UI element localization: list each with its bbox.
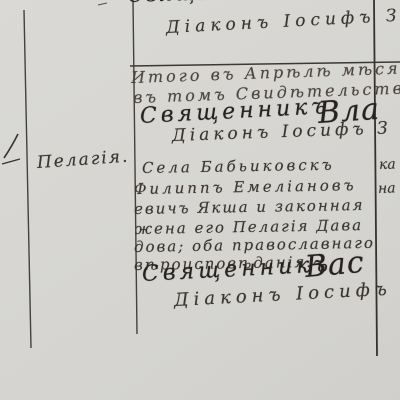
margin-flourish-underline [2, 159, 20, 164]
handwritten-line-deacon-top: Діаконъ Іосифъ Зу [165, 5, 400, 38]
vertical-rule-left [24, 10, 31, 348]
overflow-fragment-2: на [378, 180, 396, 197]
handwritten-line-clipped-signature: Священникъ В [128, 0, 314, 7]
record-text-line: евичъ Якша и законная [134, 196, 365, 218]
overflow-fragment-1: ка [379, 156, 396, 173]
vertical-rule-middle [133, 0, 137, 334]
priest-signature-record-flourish: Вас [303, 245, 366, 285]
record-text-line: Села Бабьиковскъ [142, 156, 335, 177]
scanned-document-page: Священникъ В Діаконъ Іосифъ Зу Итого въ … [0, 0, 400, 400]
ink-speck [98, 3, 107, 5]
margin-flourish-icon [4, 134, 18, 158]
record-name-pelagia: Пелагія. [36, 147, 130, 173]
vertical-rule-right [374, 0, 377, 356]
record-text-line: Филиппъ Емеліановъ [134, 176, 357, 198]
